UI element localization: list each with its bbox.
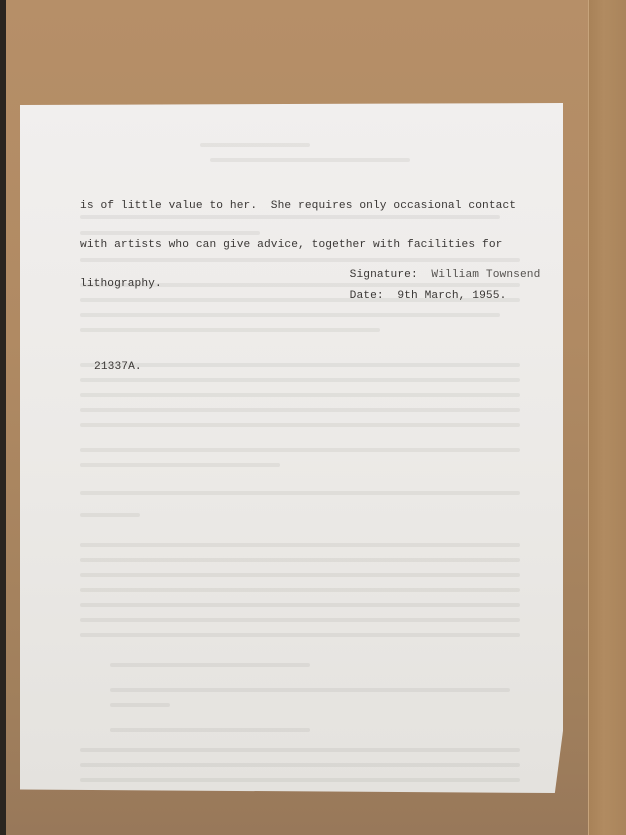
- body-line: is of little value to her. She requires …: [80, 200, 516, 213]
- date-label: Date:: [350, 290, 384, 302]
- date-value: 9th March, 1955.: [397, 290, 506, 302]
- date-line: Date: 9th March, 1955.: [336, 277, 506, 303]
- body-line: with artists who can give advice, togeth…: [80, 239, 516, 252]
- folder-flap: [588, 0, 626, 835]
- reference-number: 21337A.: [94, 361, 142, 374]
